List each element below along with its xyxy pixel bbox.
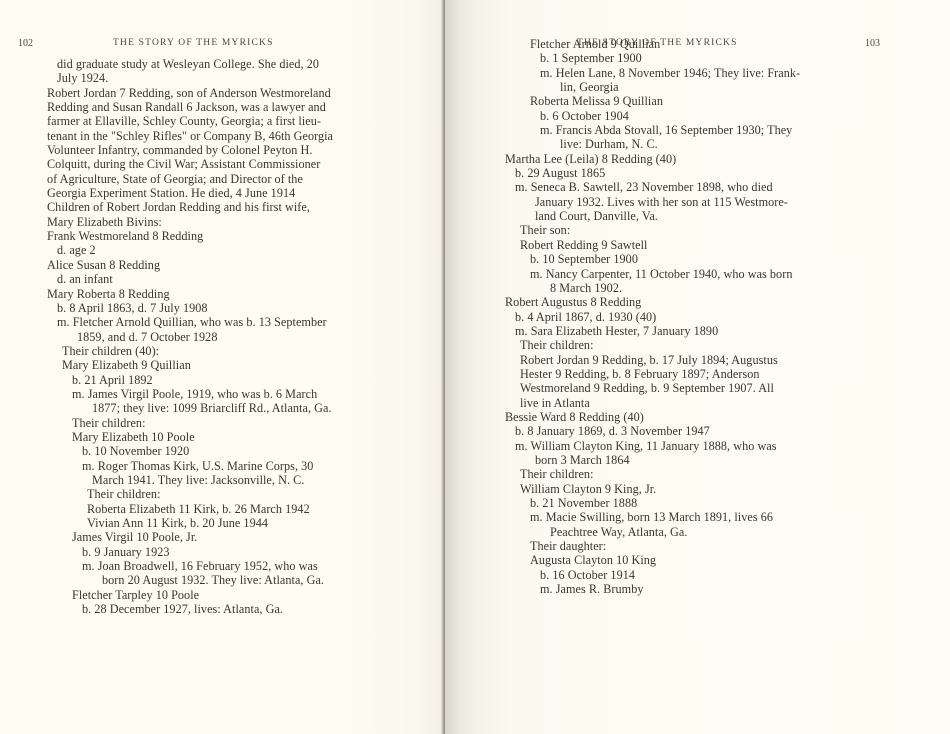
text-line: Robert Jordan 9 Redding, b. 17 July 1894… — [505, 353, 853, 367]
text-line: Redding and Susan Randall 6 Jackson, was… — [47, 100, 390, 114]
text-line: Martha Lee (Leila) 8 Redding (40) — [505, 152, 853, 166]
text-line: m. Macie Swilling, born 13 March 1891, l… — [505, 510, 853, 524]
text-line: Their son: — [505, 223, 853, 237]
book-spread: 102 THE STORY OF THE MYRICKS did graduat… — [0, 0, 950, 734]
text-line: Robert Jordan 7 Redding, son of Anderson… — [47, 86, 390, 100]
text-line: lin, Georgia — [505, 80, 853, 94]
text-line: January 1932. Lives with her son at 115 … — [505, 195, 853, 209]
text-line: Their children (40): — [47, 344, 390, 358]
text-line: Their children: — [47, 487, 390, 501]
text-line: b. 21 November 1888 — [505, 496, 853, 510]
text-line: Their children: — [505, 467, 853, 481]
text-line: m. Sara Elizabeth Hester, 7 January 1890 — [505, 324, 853, 338]
text-line: of Agriculture, State of Georgia; and Di… — [47, 172, 390, 186]
text-line: did graduate study at Wesleyan College. … — [47, 57, 390, 71]
text-line: March 1941. They live: Jacksonville, N. … — [47, 473, 390, 487]
text-line: land Court, Danville, Va. — [505, 209, 853, 223]
text-line: Roberta Melissa 9 Quillian — [505, 94, 853, 108]
text-line: 8 March 1902. — [505, 281, 853, 295]
text-line: b. 8 April 1863, d. 7 July 1908 — [47, 301, 390, 315]
text-line: 1859, and d. 7 October 1928 — [47, 330, 390, 344]
text-line: m. William Clayton King, 11 January 1888… — [505, 439, 853, 453]
text-line: Roberta Elizabeth 11 Kirk, b. 26 March 1… — [47, 502, 390, 516]
text-line: m. Helen Lane, 8 November 1946; They liv… — [505, 66, 853, 80]
text-line: b. 9 January 1923 — [47, 545, 390, 559]
text-line: Mary Roberta 8 Redding — [47, 287, 390, 301]
page-body: did graduate study at Wesleyan College. … — [47, 57, 390, 616]
text-line: Westmoreland 9 Redding, b. 9 September 1… — [505, 381, 853, 395]
text-line: Robert Augustus 8 Redding — [505, 295, 853, 309]
text-line: Mary Elizabeth 9 Quillian — [47, 358, 390, 372]
text-line: Bessie Ward 8 Redding (40) — [505, 410, 853, 424]
text-line: Robert Redding 9 Sawtell — [505, 238, 853, 252]
text-line: d. an infant — [47, 272, 390, 286]
text-line: Their children: — [47, 416, 390, 430]
text-line: b. 6 October 1904 — [505, 109, 853, 123]
text-line: Hester 9 Redding, b. 8 February 1897; An… — [505, 367, 853, 381]
text-line: m. James R. Brumby — [505, 582, 853, 596]
text-line: Mary Elizabeth 10 Poole — [47, 430, 390, 444]
text-line: m. Nancy Carpenter, 11 October 1940, who… — [505, 267, 853, 281]
text-line: m. Seneca B. Sawtell, 23 November 1898, … — [505, 180, 853, 194]
text-line: b. 8 January 1869, d. 3 November 1947 — [505, 424, 853, 438]
text-line: live in Atlanta — [505, 396, 853, 410]
text-line: born 20 August 1932. They live: Atlanta,… — [47, 573, 390, 587]
text-line: b. 10 November 1920 — [47, 444, 390, 458]
text-line: Alice Susan 8 Redding — [47, 258, 390, 272]
text-line: Fletcher Tarpley 10 Poole — [47, 588, 390, 602]
text-line: Peachtree Way, Atlanta, Ga. — [505, 525, 853, 539]
text-line: d. age 2 — [47, 243, 390, 257]
text-line: born 3 March 1864 — [505, 453, 853, 467]
text-line: live: Durham, N. C. — [505, 137, 853, 151]
text-line: Mary Elizabeth Bivins: — [47, 215, 390, 229]
text-line: July 1924. — [47, 71, 390, 85]
text-line: m. Francis Abda Stovall, 16 September 19… — [505, 123, 853, 137]
text-line: Their daughter: — [505, 539, 853, 553]
text-line: Their children: — [505, 338, 853, 352]
text-line: b. 1 September 1900 — [505, 51, 853, 65]
right-page: THE STORY OF THE MYRICKS 103 Fletcher Ar… — [445, 0, 950, 734]
running-head: THE STORY OF THE MYRICKS — [113, 38, 274, 48]
text-line: b. 28 December 1927, lives: Atlanta, Ga. — [47, 602, 390, 616]
text-line: m. James Virgil Poole, 1919, who was b. … — [47, 387, 390, 401]
text-line: b. 4 April 1867, d. 1930 (40) — [505, 310, 853, 324]
text-line: b. 16 October 1914 — [505, 568, 853, 582]
text-line: b. 29 August 1865 — [505, 166, 853, 180]
text-line: b. 21 April 1892 — [47, 373, 390, 387]
page-number: 103 — [865, 38, 880, 49]
text-line: Vivian Ann 11 Kirk, b. 20 June 1944 — [47, 516, 390, 530]
text-line: m. Joan Broadwell, 16 February 1952, who… — [47, 559, 390, 573]
text-line: Fletcher Arnold 9 Quillian — [505, 37, 853, 51]
text-line: Georgia Experiment Station. He died, 4 J… — [47, 186, 390, 200]
text-line: Volunteer Infantry, commanded by Colonel… — [47, 143, 390, 157]
text-line: m. Fletcher Arnold Quillian, who was b. … — [47, 315, 390, 329]
page-number: 102 — [18, 38, 33, 49]
text-line: b. 10 September 1900 — [505, 252, 853, 266]
text-line: tenant in the "Schley Rifles" or Company… — [47, 129, 390, 143]
text-line: James Virgil 10 Poole, Jr. — [47, 530, 390, 544]
text-line: Frank Westmoreland 8 Redding — [47, 229, 390, 243]
text-line: m. Roger Thomas Kirk, U.S. Marine Corps,… — [47, 459, 390, 473]
text-line: farmer at Ellaville, Schley County, Geor… — [47, 114, 390, 128]
text-line: 1877; they live: 1099 Briarcliff Rd., At… — [47, 401, 390, 415]
left-page: 102 THE STORY OF THE MYRICKS did graduat… — [0, 0, 445, 734]
text-line: Children of Robert Jordan Redding and hi… — [47, 200, 390, 214]
text-line: Augusta Clayton 10 King — [505, 553, 853, 567]
text-line: Colquitt, during the Civil War; Assistan… — [47, 157, 390, 171]
page-body: Fletcher Arnold 9 Quillianb. 1 September… — [505, 37, 853, 596]
text-line: William Clayton 9 King, Jr. — [505, 482, 853, 496]
